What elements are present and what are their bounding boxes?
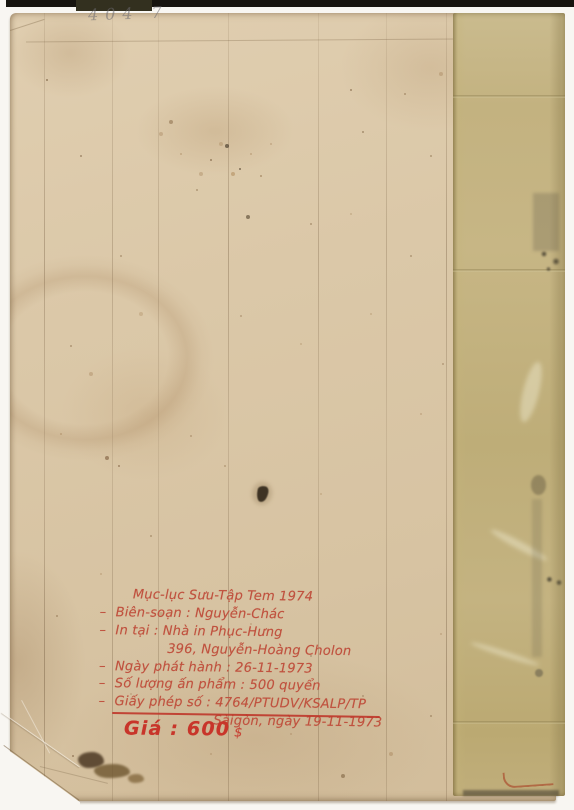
tape-seam: [453, 721, 565, 724]
top-edge-fold-line: [26, 38, 456, 42]
ink-blot-stain: [256, 485, 270, 503]
bullet-dash: –: [99, 676, 115, 691]
colophon-text: 396, Nguyễn-Hoàng Cholon: [167, 642, 351, 659]
dark-smudge: [531, 475, 546, 495]
bullet-dash: –: [100, 605, 116, 620]
bottom-shadow-mark: [463, 790, 559, 796]
fold-line: [446, 13, 447, 801]
tape-strip: [453, 13, 565, 796]
brown-stain-blob: [128, 774, 144, 783]
speckle-column-smudge: [532, 499, 542, 657]
bullet-dash: –: [99, 659, 115, 674]
bullet-dash: –: [98, 694, 114, 709]
pencil-annotation: 404 7: [88, 3, 169, 25]
brown-stain-blob: [94, 764, 130, 778]
colophon-text: Biên-soạn : Nguyễn-Chác: [116, 605, 285, 622]
dark-smudge: [535, 245, 565, 275]
bullet-dash: –: [99, 623, 115, 638]
colophon-text: Giấy phép số : 4764/PTUDV/KSALP/TP: [114, 694, 366, 712]
colophon-text: Mục-lục Sưu-Tập Tem 1974: [133, 588, 313, 605]
colophon-text: Ngày phát hành : 26-11-1973: [115, 659, 313, 676]
colophon-text: Số lượng ấn phẩm : 500 quyển: [115, 677, 321, 695]
scanned-page: 404 7 Mục-lục Sưu-Tập Tem 1974 – Biên-so…: [0, 0, 574, 810]
gray-streak-smudge: [533, 193, 559, 251]
price-label: Giá : 600$: [124, 717, 244, 740]
colophon-block: Mục-lục Sưu-Tập Tem 1974 – Biên-soạn : N…: [98, 586, 430, 732]
tape-wrinkle-shine: [470, 640, 540, 668]
red-pen-mark: [503, 769, 554, 788]
currency-symbol: $: [234, 725, 244, 740]
gray-dot-mark: [535, 669, 543, 677]
fold-line: [44, 13, 45, 801]
dark-smudge: [541, 573, 565, 589]
tape-seam: [453, 95, 565, 98]
colophon-text: In tại : Nhà in Phục-Hưng: [115, 623, 282, 640]
price-text: Giá : 600: [124, 717, 230, 740]
light-freckle-stains: [10, 13, 12, 15]
tape-wrinkle-shine: [516, 360, 547, 424]
